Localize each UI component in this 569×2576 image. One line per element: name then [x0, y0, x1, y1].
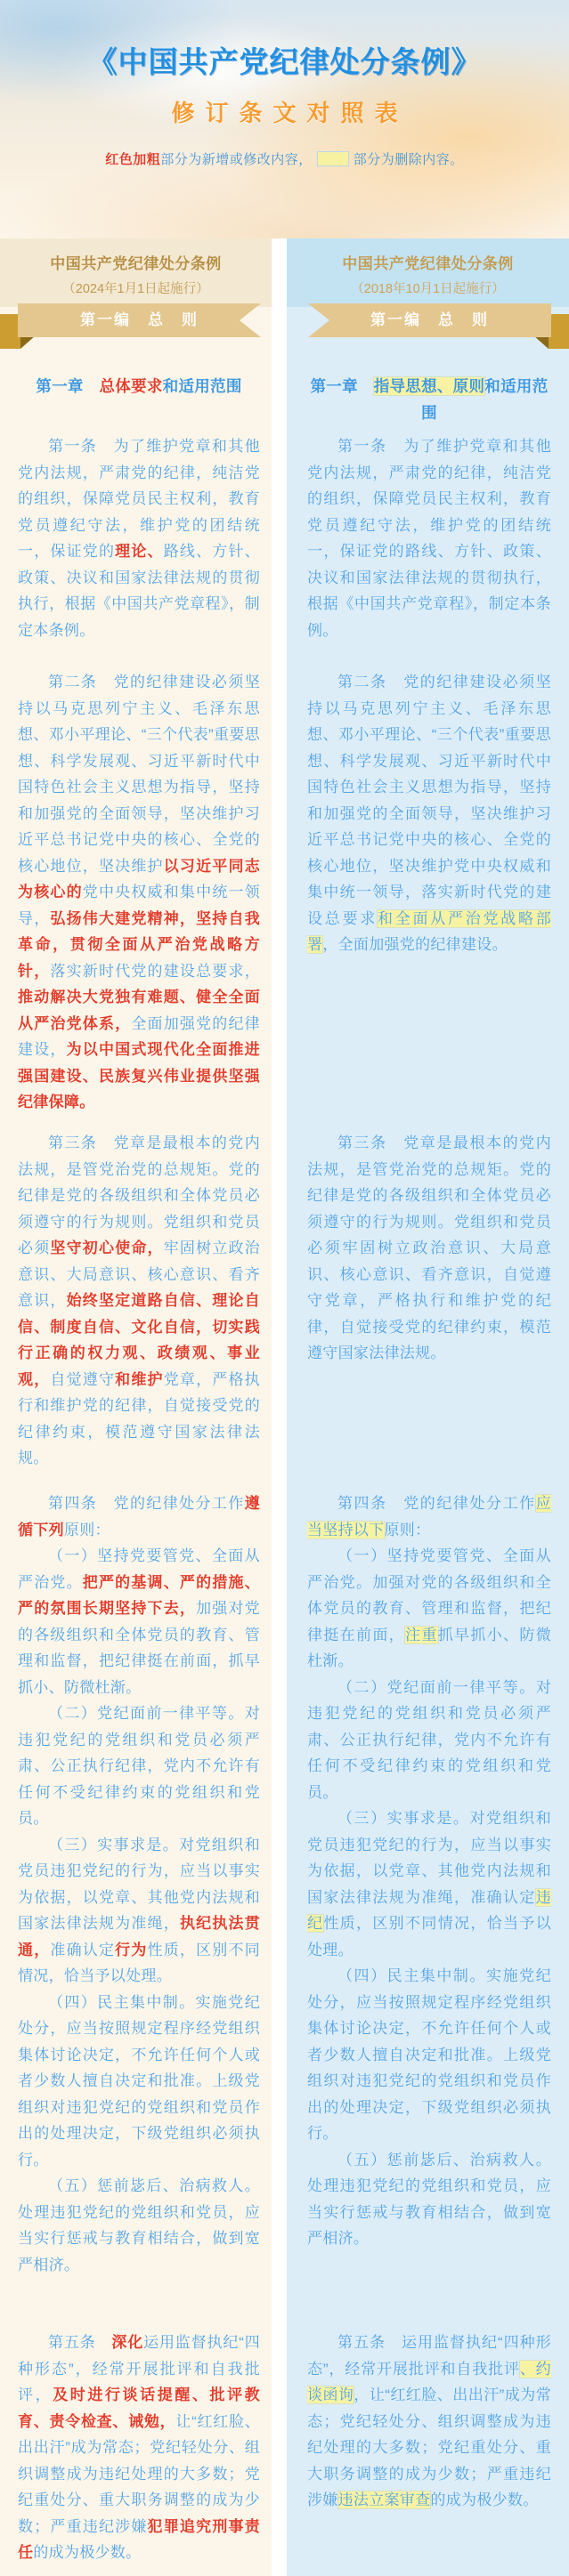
text-run: 第一条 为了维护党章和其他党内法规，严肃党的纪律，纯洁党的组织，保障党员民主权利…	[307, 438, 551, 639]
added-text: 行为	[115, 1942, 147, 1958]
text-run: ，让“红红脸、出出汗”成为常态；党纪轻处分、组织调整成为违纪处理的大多数；党纪重…	[307, 2386, 551, 2508]
text-run: 的成为极少数。	[430, 2491, 538, 2508]
deleted-text-highlight: 违法立案审查	[338, 2491, 431, 2508]
text-run: 性质，区别不同情况，恰当予以处理。	[307, 1915, 551, 1958]
article-cell-right: 第四条 党的纪律处分工作应当坚持以下原则：（一）坚持党要管党、全面从严治党。加强…	[287, 1490, 569, 2330]
text-run: 原则：	[385, 1522, 431, 1538]
article-paragraph: （二）党纪面前一律平等。对违犯党纪的党组织和党员必须严肃、公正执行纪律，党内不允…	[18, 1700, 260, 1832]
article-paragraph: 第二条 党的纪律建设必须坚持以马克思列宁主义、毛泽东思想、邓小平理论、“三个代表…	[307, 669, 551, 958]
ribbon-tail-right	[549, 314, 569, 349]
text-run: 第四条 党的纪律处分工作	[337, 1495, 536, 1512]
text-run: 第四条 党的纪律处分工作	[48, 1495, 245, 1512]
text-run: 第二条 党的纪律建设必须坚持以马克思列宁主义、毛泽东思想、邓小平理论、“三个代表…	[307, 674, 551, 927]
added-text: 坚守初心使命，	[50, 1240, 163, 1256]
left-column-subtitle: （2024年1月1日起施行）	[0, 279, 272, 297]
article-paragraph: 第三条 党章是最根本的党内法规，是管党治党的总规矩。党的纪律是党的各级组织和全体…	[18, 1130, 260, 1472]
comparison-table: 中国共产党纪律处分条例 （2024年1月1日起施行） 中国共产党纪律处分条例 （…	[0, 238, 569, 2576]
article-cell-right: 第二条 党的纪律建设必须坚持以马克思列宁主义、毛泽东思想、邓小平理论、“三个代表…	[287, 669, 569, 1130]
article-cell-left: 第一章 总体要求和适用范围	[0, 354, 272, 433]
right-column-subtitle: （2018年10月1日起施行）	[287, 279, 569, 297]
article-paragraph: （二）党纪面前一律平等。对违犯党纪的党组织和党员必须严肃、公正执行纪律，党内不允…	[307, 1675, 551, 1806]
article-paragraph: 第四条 党的纪律处分工作应当坚持以下原则：	[307, 1490, 551, 1543]
article-paragraph: 第一条 为了维护党章和其他党内法规，严肃党的纪律，纯洁党的组织，保障党员民主权利…	[18, 433, 260, 643]
article-paragraph: 第五条 深化运用监督执纪“四种形态”，经常开展批评和自我批评，及时进行谈话提醒、…	[18, 2330, 260, 2566]
ribbon-band-left: 第一编 总 则	[18, 303, 261, 337]
deleted-text-highlight: 指导思想、原则	[374, 377, 485, 395]
ribbon-band-right: 第一编 总 则	[308, 303, 551, 337]
article-paragraph: 第一条 为了维护党章和其他党内法规，严肃党的纪律，纯洁党的组织，保障党员民主权利…	[307, 433, 551, 643]
page-header: 《中国共产党纪律处分条例》 修订条文对照表 红色加粗部分为新增或修改内容，部分为…	[0, 0, 569, 238]
legend-deleted-desc: 部分为删除内容。	[354, 152, 464, 167]
article-paragraph: 第五条 运用监督执纪“四种形态”，经常开展批评和自我批评、约谈函询，让“红红脸、…	[307, 2330, 551, 2514]
legend-added-label: 红色加粗	[105, 152, 160, 167]
page-title: 《中国共产党纪律处分条例》	[0, 39, 569, 81]
ribbon-fold-left	[20, 335, 36, 349]
legend: 红色加粗部分为新增或修改内容，部分为删除内容。	[0, 149, 569, 168]
right-part-banner: 第一编 总 则	[287, 307, 569, 354]
article-cell-right: 第五条 运用监督执纪“四种形态”，经常开展批评和自我批评、约谈函询，让“红红脸、…	[287, 2330, 569, 2576]
article-paragraph: （三）实事求是。对党组织和党员违犯党纪的行为，应当以事实为依据，以党章、其他党内…	[307, 1805, 551, 1963]
text-run: 落实新时代党的建设总要求，	[50, 963, 260, 980]
article-cell-right: 第一章 指导思想、原则和适用范围	[287, 354, 569, 433]
article-paragraph: （五）惩前毖后、治病救人。处理违犯党纪的党组织和党员，应当实行惩戒与教育相结合，…	[307, 2147, 551, 2252]
text-run: （二）党纪面前一律平等。对违犯党纪的党组织和党员必须严肃、公正执行纪律，党内不允…	[18, 1705, 260, 1827]
text-run: ，全面加强党的纪律建设。	[322, 936, 508, 953]
text-run: 自觉遵守	[50, 1371, 115, 1388]
text-run: 第三条 党章是最根本的党内法规，是管党治党的总规矩。党的纪律是党的各级组织和全体…	[307, 1135, 551, 1361]
page-subtitle: 修订条文对照表	[0, 95, 569, 128]
article-paragraph: （一）坚持党要管党、全面从严治党。加强对党的各级组织和全体党员的教育、管理和监督…	[307, 1543, 551, 1675]
text-run: 第一章	[310, 377, 373, 395]
text-run: 第一章	[36, 377, 99, 395]
chapter-heading: 第一章 指导思想、原则和适用范围	[307, 374, 551, 426]
text-run: （五）惩前毖后、治病救人。处理违犯党纪的党组织和党员，应当实行惩戒与教育相结合，…	[18, 2177, 260, 2273]
article-cell-left: 第五条 深化运用监督执纪“四种形态”，经常开展批评和自我批评，及时进行谈话提醒、…	[0, 2330, 272, 2576]
article-paragraph: （四）民主集中制。实施党纪处分，应当按照规定程序经党组织集体讨论决定，不允许任何…	[18, 1990, 260, 2174]
text-run: （四）民主集中制。实施党纪处分，应当按照规定程序经党组织集体讨论决定，不允许任何…	[307, 1967, 551, 2142]
added-text: 总体要求	[100, 377, 163, 395]
article-cell-right: 第一条 为了维护党章和其他党内法规，严肃党的纪律，纯洁党的组织，保障党员民主权利…	[287, 433, 569, 669]
article-cell-left: 第二条 党的纪律建设必须坚持以马克思列宁主义、毛泽东思想、邓小平理论、“三个代表…	[0, 669, 272, 1130]
text-run: 让“红红脸、出出汗”成为常态；党纪轻处分、组织调整成为违纪处理的大多数；党纪重处…	[18, 2413, 260, 2535]
left-column-header: 中国共产党纪律处分条例 （2024年1月1日起施行）	[0, 238, 272, 307]
article-paragraph: 第二条 党的纪律建设必须坚持以马克思列宁主义、毛泽东思想、邓小平理论、“三个代表…	[18, 669, 260, 1116]
added-text: 和维护	[115, 1371, 164, 1388]
article-paragraph: （三）实事求是。对党组织和党员违犯党纪的行为，应当以事实为依据，以党章、其他党内…	[18, 1832, 260, 1990]
article-paragraph: 第四条 党的纪律处分工作遵循下列原则：	[18, 1490, 260, 1543]
legend-added-desc: 部分为新增或修改内容，	[160, 152, 313, 167]
added-text: 理论、	[115, 543, 164, 560]
left-part-banner: 第一编 总 则	[0, 307, 272, 354]
article-cell-right: 第三条 党章是最根本的党内法规，是管党治党的总规矩。党的纪律是党的各级组织和全体…	[287, 1130, 569, 1490]
text-run: （四）民主集中制。实施党纪处分，应当按照规定程序经党组织集体讨论决定，不允许任何…	[18, 1994, 260, 2168]
right-column-title: 中国共产党纪律处分条例	[287, 251, 569, 273]
ribbon-fold-right	[533, 335, 549, 349]
ribbon-tail-left	[0, 314, 20, 349]
text-run: 原则：	[64, 1522, 110, 1538]
chapter-heading: 第一章 总体要求和适用范围	[18, 374, 260, 400]
article-paragraph: （五）惩前毖后、治病救人。处理违犯党纪的党组织和党员，应当实行惩戒与教育相结合，…	[18, 2173, 260, 2278]
text-run: 第二条 党的纪律建设必须坚持以马克思列宁主义、毛泽东思想、邓小平理论、“三个代表…	[18, 674, 260, 875]
deleted-text-highlight: 注重	[405, 1627, 438, 1643]
legend-deleted-swatch	[317, 151, 349, 166]
text-run: 第一条 为了维护党章和其他党内法规，严肃党的纪律，纯洁党的组织，保障党员民主权利…	[18, 438, 260, 560]
article-paragraph: （四）民主集中制。实施党纪处分，应当按照规定程序经党组织集体讨论决定，不允许任何…	[307, 1963, 551, 2147]
text-run: 准确认定	[50, 1942, 115, 1958]
article-cell-left: 第三条 党章是最根本的党内法规，是管党治党的总规矩。党的纪律是党的各级组织和全体…	[0, 1130, 272, 1490]
text-run: （五）惩前毖后、治病救人。处理违犯党纪的党组织和党员，应当实行惩戒与教育相结合，…	[307, 2152, 551, 2248]
text-run: 的成为极少数。	[33, 2544, 141, 2561]
article-paragraph: 第三条 党章是最根本的党内法规，是管党治党的总规矩。党的纪律是党的各级组织和全体…	[307, 1130, 551, 1367]
page: { "header": { "title": "《中国共产党纪律处分条例》", …	[0, 0, 569, 2576]
text-run: 第三条 党章是最根本的党内法规，是管党治党的总规矩。党的纪律是党的各级组织和全体…	[18, 1135, 260, 1256]
text-run: 和适用范围	[163, 377, 242, 395]
article-cell-left: 第四条 党的纪律处分工作遵循下列原则：（一）坚持党要管党、全面从严治党。把严的基…	[0, 1490, 272, 2330]
text-run: 第五条 运用监督执纪“四种形态”，经常开展批评和自我批评	[307, 2334, 551, 2378]
text-run: （二）党纪面前一律平等。对违犯党纪的党组织和党员必须严肃、公正执行纪律，党内不允…	[307, 1679, 551, 1801]
article-cell-left: 第一条 为了维护党章和其他党内法规，严肃党的纪律，纯洁党的组织，保障党员民主权利…	[0, 433, 272, 669]
article-paragraph: （一）坚持党要管党、全面从严治党。把严的基调、严的措施、严的氛围长期坚持下去，加…	[18, 1543, 260, 1700]
right-column-header: 中国共产党纪律处分条例 （2018年10月1日起施行）	[287, 238, 569, 307]
text-run: 第五条	[48, 2334, 111, 2351]
left-column-title: 中国共产党纪律处分条例	[0, 251, 272, 273]
text-run: （三）实事求是。对党组织和党员违犯党纪的行为，应当以事实为依据，以党章、其他党内…	[307, 1810, 551, 1906]
added-text: 深化	[111, 2334, 143, 2351]
